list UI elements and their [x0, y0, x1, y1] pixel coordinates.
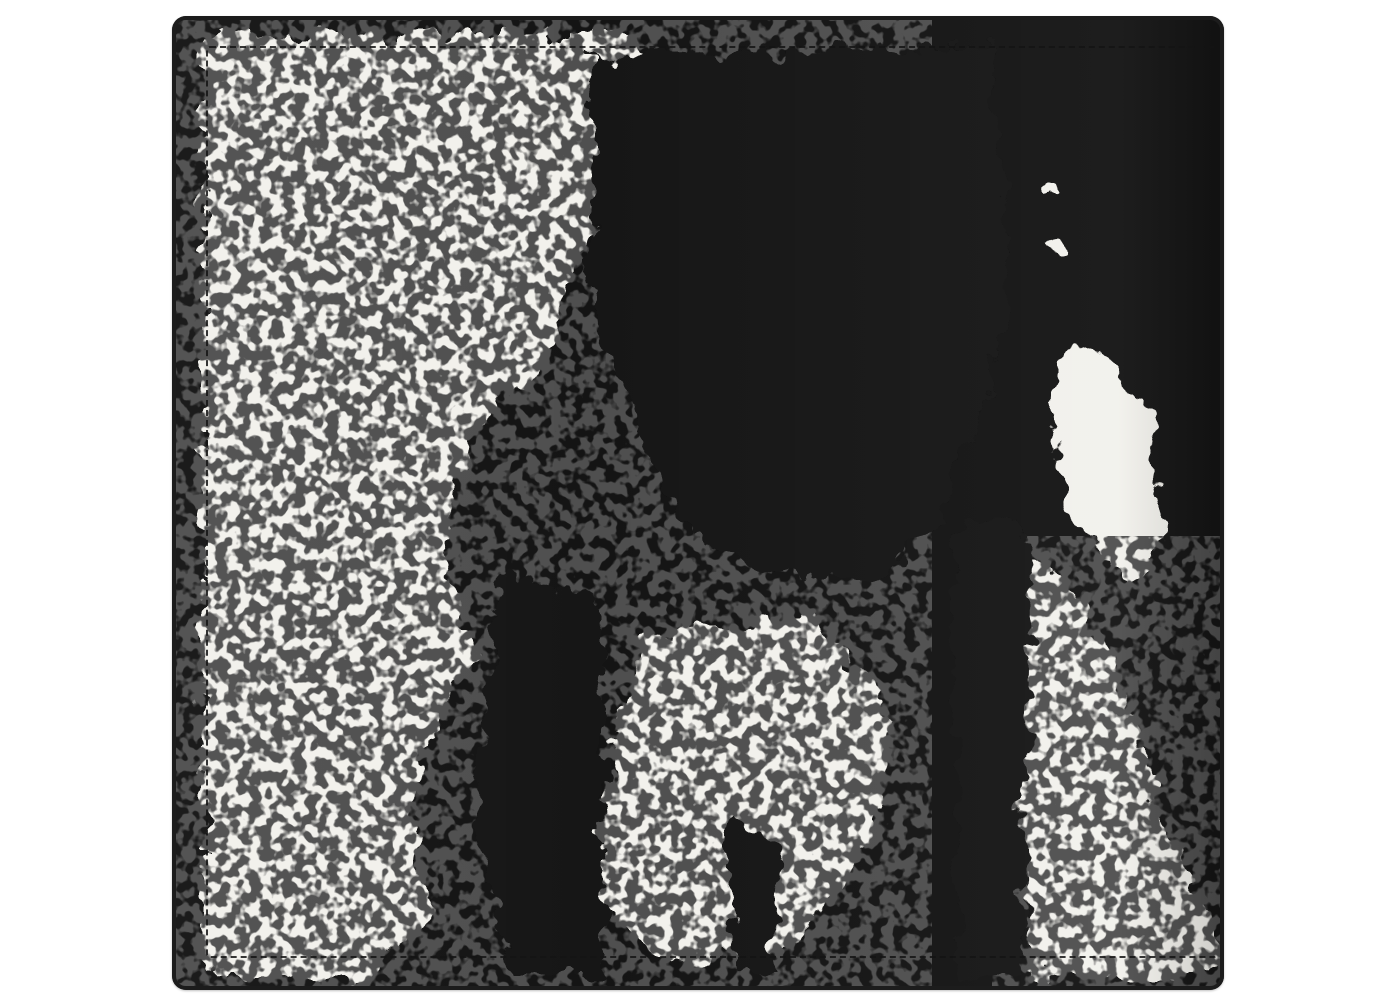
- wallet: [172, 16, 1224, 990]
- abstract-print-pattern: [172, 16, 1224, 990]
- product-photo: [0, 0, 1400, 1000]
